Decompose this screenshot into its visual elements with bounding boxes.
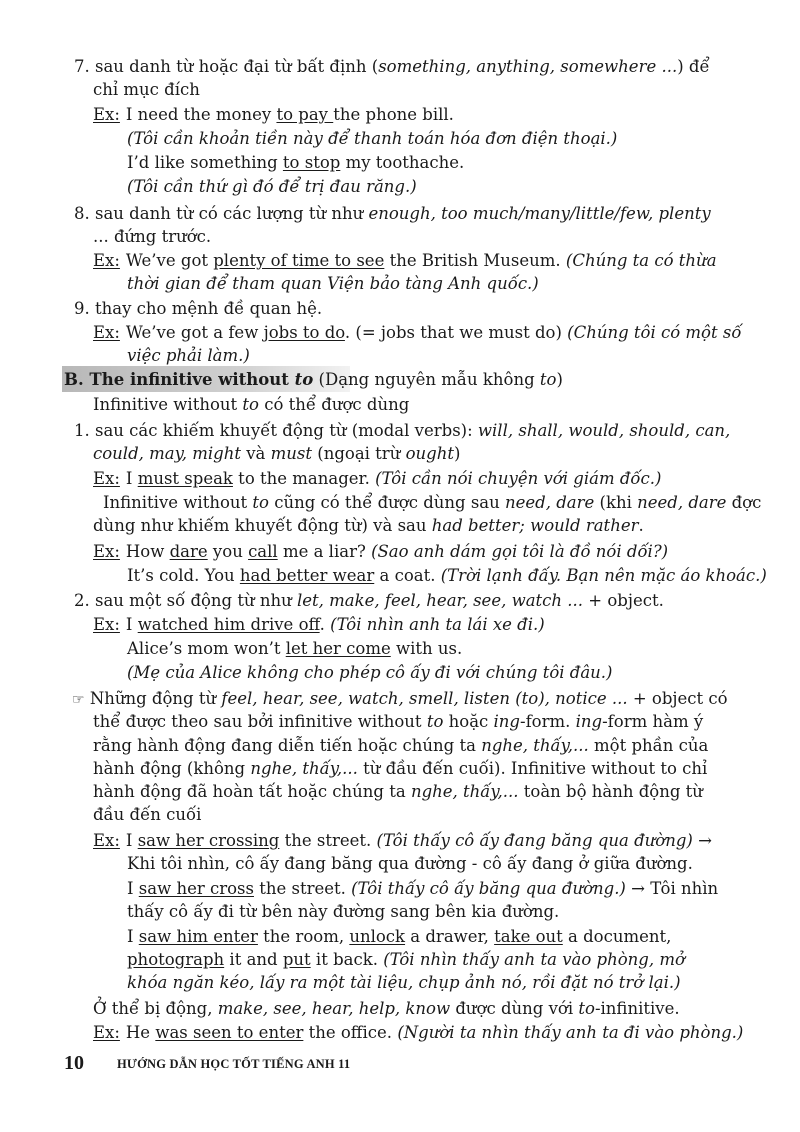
note-line-6: đầu đến cuối [93,804,201,826]
item-number: 7. [74,57,90,76]
note-example-2-explanation: thấy cô ấy đi từ bên này đường sang bên … [127,901,559,923]
item-7-translation-1: (Tôi cần khoản tiền này để thanh toán hó… [127,128,617,150]
note-example-1-explanation: Khi tôi nhìn, cô ấy đang băng qua đường … [127,853,693,875]
passive-example: Ex:He was seen to enter the office. (Ngư… [93,1022,743,1044]
note-example-2: I saw her cross the street. (Tôi thấy cô… [127,878,718,900]
b-item-2-line-1: 2. sau một số động từ như let, make, fee… [74,590,664,612]
section-b-intro: Infinitive without to có thể được dùng [93,394,409,416]
item-9-line-1: 9. thay cho mệnh đề quan hệ. [74,298,322,320]
section-b-heading: B. The infinitive without to (Dạng nguyê… [64,369,563,391]
item-9-example-1: Ex:We’ve got a few jobs to do. (= jobs t… [93,322,741,344]
b-item-2-example-1: Ex:I watched him drive off. (Tôi nhìn an… [93,614,545,636]
item-8-line-1: 8. sau danh từ có các lượng từ như enoug… [74,203,711,225]
b-item-2-translation-2: (Mẹ của Alice không cho phép cô ấy đi vớ… [127,662,613,684]
note-line-1: ☞ Những động từ feel, hear, see, watch, … [72,688,728,711]
example-label: Ex: [93,105,120,124]
item-7-translation-2: (Tôi cần thứ gì đó để trị đau răng.) [127,176,417,198]
book-page: 7. sau danh từ hoặc đại từ bất định (som… [0,0,800,1132]
item-7-example-1: Ex:I need the money to pay the phone bil… [93,104,454,126]
note-line-5: hành động đã hoàn tất hoặc chúng ta nghe… [93,781,703,803]
item-8-line-2: ... đứng trước. [93,226,211,248]
pointing-hand-icon: ☞ [72,692,85,708]
b-item-1-example-1: Ex:I must speak to the manager. (Tôi cần… [93,468,661,490]
page-number: 10 [64,1052,84,1075]
note-example-3: I saw him enter the room, unlock a drawe… [127,926,671,948]
item-7-line-2: chỉ mục đích [93,79,200,101]
b-item-1-note-line-1: Infinitive without to cũng có thể được d… [103,492,761,514]
note-line-4: hành động (không nghe, thấy,... từ đầu đ… [93,758,707,780]
b-item-2-example-2: Alice’s mom won’t let her come with us. [127,638,462,660]
book-title: HƯỚNG DẪN HỌC TỐT TIẾNG ANH 11 [117,1057,350,1072]
b-item-1-line-1: 1. sau các khiếm khuyết động từ (modal v… [74,420,730,442]
passive-rule: Ở thể bị động, make, see, hear, help, kn… [93,998,680,1020]
item-8-example-1: Ex:We’ve got plenty of time to see the B… [93,250,717,272]
b-item-1-example-2: Ex:How dare you call me a liar? (Sao anh… [93,541,668,563]
item-8-translation: thời gian để tham quan Viện bảo tàng Anh… [127,273,539,295]
item-7-example-2: I’d like something to stop my toothache. [127,152,464,174]
note-example-3-translation: khóa ngăn kéo, lấy ra một tài liệu, chụp… [127,972,681,994]
note-line-2: thể được theo sau bởi infinitive without… [93,711,703,733]
note-example-1: Ex:I saw her crossing the street. (Tôi t… [93,830,712,852]
item-7-line-1: 7. sau danh từ hoặc đại từ bất định (som… [74,56,710,78]
b-item-1-note-line-2: dùng như khiếm khuyết động từ) và sau ha… [93,515,644,537]
note-line-3: rằng hành động đang diễn tiến hoặc chúng… [93,735,708,757]
item-9-translation: việc phải làm.) [127,345,250,367]
b-item-1-line-2: could, may, might và must (ngoại trừ oug… [93,443,460,465]
note-example-3-line-2: photograph it and put it back. (Tôi nhìn… [127,949,685,971]
b-item-1-example-3: It’s cold. You had better wear a coat. (… [127,565,767,587]
